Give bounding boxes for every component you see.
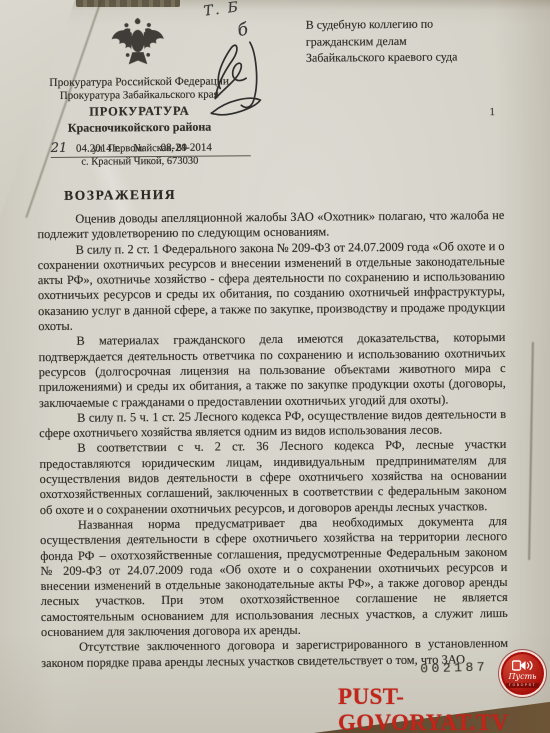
addressee-line3: Забайкальского краевого суда [306, 48, 526, 66]
russian-coat-of-arms-icon [110, 16, 167, 74]
body-paragraph: В соответствии с ч. 2 ст. 36 Лесного код… [39, 437, 507, 518]
body-paragraph: В силу п. 2 ст. 1 Федерального закона № … [38, 239, 506, 335]
date-rest: 04.2014 г. [76, 142, 121, 154]
page-number: 1 [489, 106, 495, 118]
handwritten-initials: Т. Б [203, 0, 241, 20]
logo-show-name-2: ГОВОРЯТ [506, 683, 539, 689]
logo-show-name: Пусть [508, 673, 536, 681]
body-paragraph: В силу п. 5 ч. 1 ст. 25 Лесного кодекса … [39, 407, 506, 442]
document-number: 08-24-2014 [161, 142, 212, 154]
number-sign: № [133, 142, 144, 154]
body-paragraph: Оценив доводы апелляционной жалобы ЗАО «… [37, 208, 504, 243]
body-paragraph: Названная норма предусматривает два необ… [40, 514, 508, 640]
letterhead-org-line4: Красночикойского района [8, 119, 270, 136]
tv-show-logo: Пусть ГОВОРЯТ [499, 650, 546, 697]
addressee-line1: В судебную коллегию по [306, 15, 526, 33]
photo-of-document: Т. Б б Прокуратура Российской Федерации … [0, 0, 550, 733]
document-content: Т. Б б Прокуратура Российской Федерации … [0, 0, 550, 733]
handwritten-date-day: 21 [51, 141, 68, 156]
date-number-line: 21 04.2014 г. № 08-24-2014 [51, 139, 251, 158]
addressee-line2: гражданским делам [306, 31, 526, 49]
document-title: ВОЗРАЖЕНИЯ [64, 187, 176, 204]
document-body: Оценив доводы апелляционной жалобы ЗАО «… [37, 208, 508, 671]
sheet-number-stamp: 002187 [420, 659, 488, 676]
tv-speaker-icon [512, 659, 534, 672]
body-paragraph: В материалах гражданского дела имеются д… [38, 330, 506, 411]
letterhead-org-line2: Прокуратура Забайкальского края [8, 88, 270, 104]
addressee-block: В судебную коллегию по гражданским делам… [306, 15, 526, 66]
